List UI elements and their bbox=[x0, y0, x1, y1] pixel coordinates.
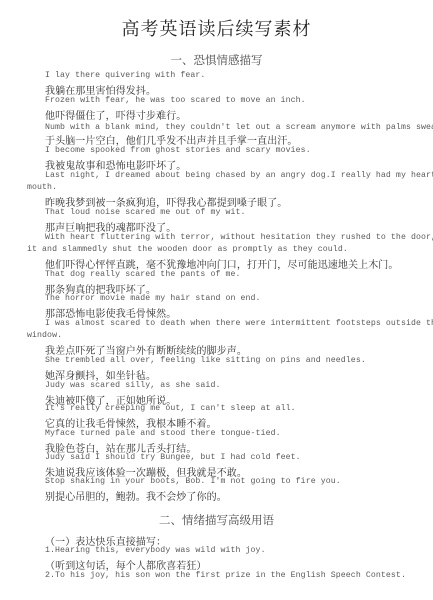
text-line: Judy said I should try Bungee, but I had… bbox=[45, 453, 301, 462]
text-line: 昨晚我梦到被一条疯狗追，吓得我心都提到嗓子眼了。 bbox=[45, 194, 287, 209]
section-heading-fear: 一、恐惧情感描写 bbox=[0, 52, 433, 68]
text-line: 别提心吊胆的，鲍勃。我不会炒了你的。 bbox=[45, 488, 227, 503]
text-line: Judy was scared silly, as she said. bbox=[45, 381, 220, 390]
text-line: I lay there quivering with fear. bbox=[45, 71, 205, 80]
text-line: 1.Hearing this, everybody was wild with … bbox=[45, 546, 266, 555]
text-line: It's really creeping me out, I can't sle… bbox=[45, 404, 296, 413]
text-line: （听到这句话，每个人都欣喜若狂） bbox=[45, 557, 207, 572]
text-line: That dog really scared the pants of me. bbox=[45, 270, 241, 279]
text-line: 那部恐怖电影使我毛骨悚然。 bbox=[45, 305, 176, 320]
text-line: mouth. bbox=[27, 183, 57, 192]
text-line: 他们吓得心怦怦直跳，毫不犹豫地冲向门口，打开门，尽可能迅速地关上木门。 bbox=[45, 256, 399, 271]
text-line: Myface turned pale and stood there tongu… bbox=[45, 429, 281, 438]
text-line: 2.To his joy, his son won the first priz… bbox=[45, 571, 406, 580]
text-line: 那声巨响把我的魂都吓没了。 bbox=[45, 219, 176, 234]
text-line: 我躺在那里害怕得发抖。 bbox=[45, 82, 156, 97]
section-heading-emotion: 二、情绪描写高级用语 bbox=[0, 512, 433, 528]
text-line: 它真的让我毛骨悚然，我根本睡不着。 bbox=[45, 415, 217, 430]
text-line: Frozen with fear, he was too scared to m… bbox=[45, 96, 306, 105]
text-line: Last night, I dreamed about being chased… bbox=[45, 171, 433, 180]
text-line: With heart fluttering with terror, witho… bbox=[45, 233, 433, 242]
text-line: Stop shaking in your boots, Bob. I'm not… bbox=[45, 477, 341, 486]
text-line: 他吓得僵住了，吓得寸步难行。 bbox=[45, 107, 186, 122]
text-line: 她浑身颤抖，如坐针毡。 bbox=[45, 367, 156, 382]
text-line: That loud noise scared me out of my wit. bbox=[45, 208, 246, 217]
text-line: The horror movie made my hair stand on e… bbox=[45, 294, 261, 303]
text-line: window. bbox=[27, 331, 62, 340]
text-line: 于头脑一片空白，他们几乎发不出声并且手掌一直出汗。 bbox=[45, 132, 298, 147]
document-title: 高考英语读后续写素材 bbox=[0, 15, 433, 41]
text-line: I was almost scared to death when there … bbox=[45, 319, 433, 328]
text-line: 我差点吓死了当窗户外有断断续续的脚步声。 bbox=[45, 342, 247, 357]
document-page: 高考英语读后续写素材 一、恐惧情感描写 I lay there quiverin… bbox=[0, 0, 433, 600]
text-line: She trembled all over, feeling like sitt… bbox=[45, 356, 366, 365]
text-line: it and slammedly shut the wooden door as… bbox=[27, 245, 348, 254]
text-line: 我被鬼故事和恐怖电影吓坏了。 bbox=[45, 157, 186, 172]
text-line: Numb with a blank mind, they couldn't le… bbox=[45, 121, 433, 132]
text-line: I become spooked from ghost stories and … bbox=[45, 146, 311, 155]
